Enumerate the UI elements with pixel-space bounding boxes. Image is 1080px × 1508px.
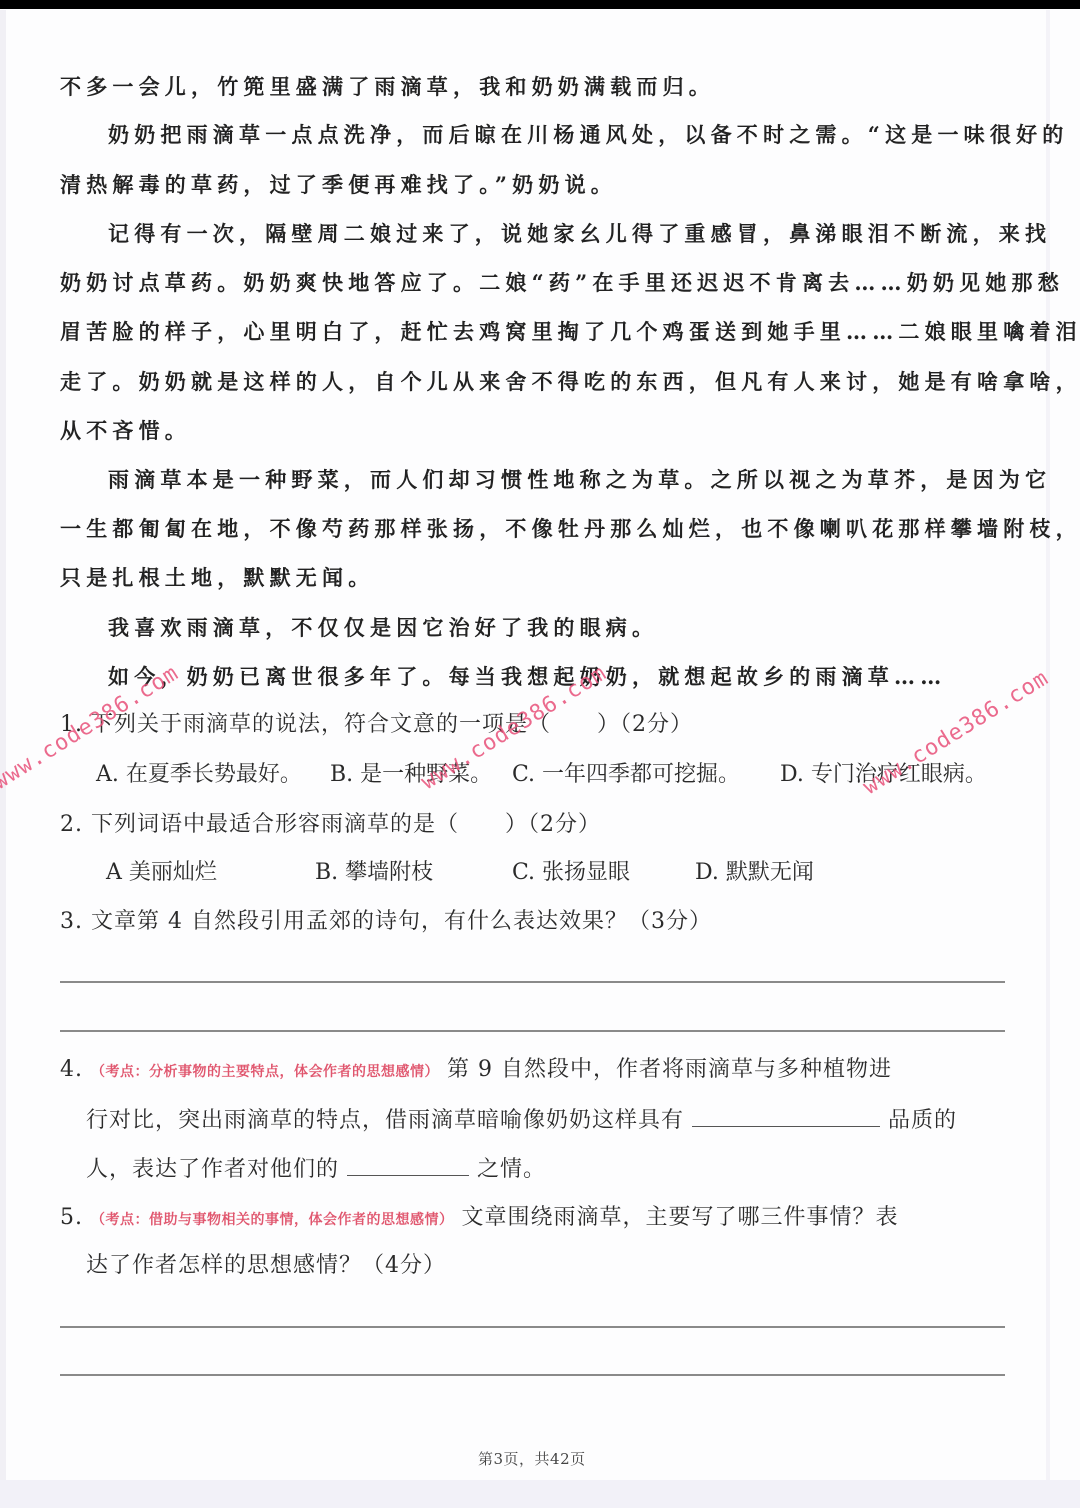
page-number: 第3页，共42页 xyxy=(478,1448,586,1469)
answer-line-q3-2[interactable] xyxy=(60,1030,1005,1032)
passage-line: 眉苦脸的样子，心里明白了，赶忙去鸡窝里掏了几个鸡蛋送到她手里……二娘眼里噙着泪 xyxy=(60,317,1080,347)
question-4-stem-b: 行对比，突出雨滴草的特点，借雨滴草暗喻像奶奶这样具有 xyxy=(86,1108,684,1133)
question-2-option-a[interactable]: A 美丽灿烂 xyxy=(106,858,217,888)
question-2-stem: 2. 下列词语中最适合形容雨滴草的是（ ）（2分） xyxy=(60,810,601,840)
passage-line: 雨滴草本是一种野菜，而人们却习惯性地称之为草。之所以视之为草芥，是因为它 xyxy=(108,465,1051,495)
question-4-stem-b-end: 品质的 xyxy=(888,1108,957,1133)
bottom-tint xyxy=(0,1480,1080,1508)
question-4-blank-1[interactable] xyxy=(692,1104,880,1127)
question-4-hint: （考点：分析事物的主要特点，体会作者的思想感情） xyxy=(91,1064,439,1080)
passage-line: 走了。奶奶就是这样的人，自个儿从来舍不得吃的东西，但凡有人来讨，她是有啥拿啥， xyxy=(60,367,1080,397)
paper-edge-left xyxy=(0,10,6,1508)
passage-line: 只是扎根土地，默默无闻。 xyxy=(60,563,374,593)
answer-line-q5-1[interactable] xyxy=(60,1326,1005,1328)
passage-line: 清热解毒的草药，过了季便再难找了。”奶奶说。 xyxy=(60,170,617,200)
passage-line: 如今，奶奶已离世很多年了。每当我想起奶奶，就想起故乡的雨滴草…… xyxy=(108,662,946,692)
question-4-line-1: 4. （考点：分析事物的主要特点，体会作者的思想感情） 第 9 自然段中，作者将… xyxy=(60,1055,892,1087)
question-5-line-2: 达了作者怎样的思想感情？（4分） xyxy=(86,1251,446,1281)
question-4-number: 4. xyxy=(60,1057,83,1082)
question-4-line-2: 行对比，突出雨滴草的特点，借雨滴草暗喻像奶奶这样具有 品质的 xyxy=(86,1104,957,1136)
top-black-bar xyxy=(0,0,1080,9)
question-1-stem: 1. 下列关于雨滴草的说法，符合文意的一项是（ ）（2分） xyxy=(60,710,693,740)
question-1-option-c[interactable]: C. 一年四季都可挖掘。 xyxy=(512,760,740,790)
question-2-option-c[interactable]: C. 张扬显眼 xyxy=(512,858,630,888)
passage-line: 一生都匍匐在地，不像芍药那样张扬，不像牡丹那么灿烂，也不像喇叭花那样攀墙附枝， xyxy=(60,514,1080,544)
question-2-option-d[interactable]: D. 默默无闻 xyxy=(695,858,814,888)
question-4-stem-a: 第 9 自然段中，作者将雨滴草与多种植物进 xyxy=(447,1057,892,1082)
passage-line: 我喜欢雨滴草，不仅仅是因它治好了我的眼病。 xyxy=(108,613,658,643)
question-4-stem-c: 人，表达了作者对他们的 xyxy=(86,1157,339,1182)
passage-line: 不多一会儿，竹篼里盛满了雨滴草，我和奶奶满载而归。 xyxy=(60,72,715,102)
answer-line-q3-1[interactable] xyxy=(60,981,1005,983)
question-3-stem: 3. 文章第 4 自然段引用孟郊的诗句，有什么表达效果？（3分） xyxy=(60,907,712,937)
question-5-hint: （考点：借助与事物相关的事情，体会作者的思想感情） xyxy=(91,1212,454,1228)
question-2-option-b[interactable]: B. 攀墙附枝 xyxy=(315,858,433,888)
question-4-stem-c-end: 之情。 xyxy=(477,1157,546,1182)
passage-line: 记得有一次，隔壁周二娘过来了，说她家幺儿得了重感冒，鼻涕眼泪不断流，来找 xyxy=(108,219,1051,249)
passage-line: 奶奶讨点草药。奶奶爽快地答应了。二娘“药”在手里还迟迟不肯离去……奶奶见她那愁 xyxy=(60,268,1064,298)
question-1-option-a[interactable]: A. 在夏季长势最好。 xyxy=(96,760,302,790)
question-4-blank-2[interactable] xyxy=(347,1153,469,1176)
answer-line-q5-2[interactable] xyxy=(60,1374,1005,1376)
question-4-line-3: 人，表达了作者对他们的 之情。 xyxy=(86,1153,546,1185)
question-5-stem-a: 文章围绕雨滴草，主要写了哪三件事情？表 xyxy=(462,1205,899,1230)
question-5-line-1: 5. （考点：借助与事物相关的事情，体会作者的思想感情） 文章围绕雨滴草，主要写… xyxy=(60,1203,899,1235)
passage-line: 奶奶把雨滴草一点点洗净，而后晾在川杨通风处，以备不时之需。“这是一味很好的 xyxy=(108,120,1068,150)
passage-line: 从不吝惜。 xyxy=(60,416,191,446)
question-5-number: 5. xyxy=(60,1205,83,1230)
